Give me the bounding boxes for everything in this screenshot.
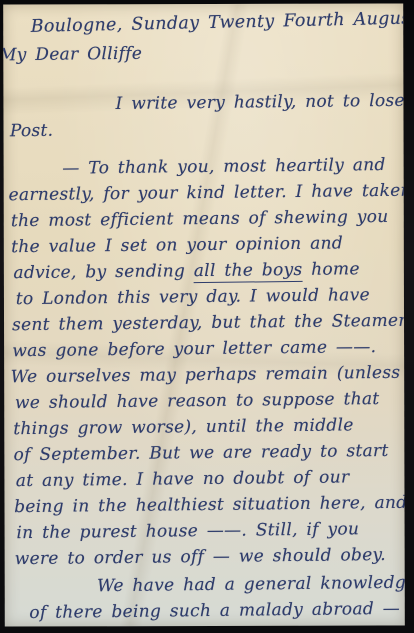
text-segment: We ourselves may perhaps remain (unless — [11, 363, 401, 387]
text-segment: sent them yesterday, but that the Steame… — [12, 311, 405, 335]
text-segment: advice, by sending — [13, 261, 194, 283]
letter-line: I write very hastily, not to lose a — [115, 88, 399, 117]
letter-photograph: Boulogne, Sunday Twenty Fourth August, 1… — [0, 0, 414, 633]
text-segment: things grow worse), until the middle — [13, 415, 354, 439]
letter-line: Post. — [10, 114, 400, 144]
text-segment: were to order us off — we should obey. — [15, 545, 386, 569]
text-segment: was gone before your letter came ——. — [12, 337, 376, 361]
text-segment: being in the healthiest situation here, … — [14, 493, 405, 517]
underlined-phrase: all the boys — [194, 260, 303, 283]
text-segment: Post. — [10, 121, 54, 141]
text-segment: of September. But we are ready to start — [13, 441, 388, 465]
letter-body: I write very hastily, not to lose aPost.… — [7, 88, 404, 626]
letter-line: We have had a general knowledge — — [97, 570, 405, 599]
text-segment: to London this very day. I would have — [16, 285, 370, 309]
letter-line: of there being such a malady abroad — — [29, 596, 405, 626]
text-segment: earnestly, for your kind letter. I have … — [8, 181, 404, 206]
text-segment: the value I set on your opinion and — [11, 233, 343, 257]
letter-dateline: Boulogne, Sunday Twenty Fourth August, 1… — [30, 6, 398, 40]
letter-salutation: My Dear Olliffe — [3, 38, 399, 69]
letter-line: were to order us off — we should obey. — [15, 542, 405, 572]
text-segment: I write very hastily, not to lose a — [115, 91, 404, 114]
text-segment: at any time. I have no doubt of our — [16, 467, 350, 491]
text-segment: in the purest house ——. Still, if you — [16, 519, 359, 543]
letter-line: — To thank you, most heartily and — [62, 152, 400, 182]
letter-paper: Boulogne, Sunday Twenty Fourth August, 1… — [3, 3, 405, 626]
text-segment: We have had a general knowledge — — [97, 572, 405, 596]
text-segment: we should have reason to suppose that — [15, 389, 380, 413]
text-segment: — To thank you, most heartily and — [62, 155, 386, 179]
text-segment: of there being such a malady abroad — — [29, 599, 400, 623]
letter-text: Boulogne, Sunday Twenty Fourth August, 1… — [7, 8, 405, 626]
text-segment: the most efficient means of shewing you — [11, 207, 389, 231]
text-segment: home — [302, 259, 360, 280]
